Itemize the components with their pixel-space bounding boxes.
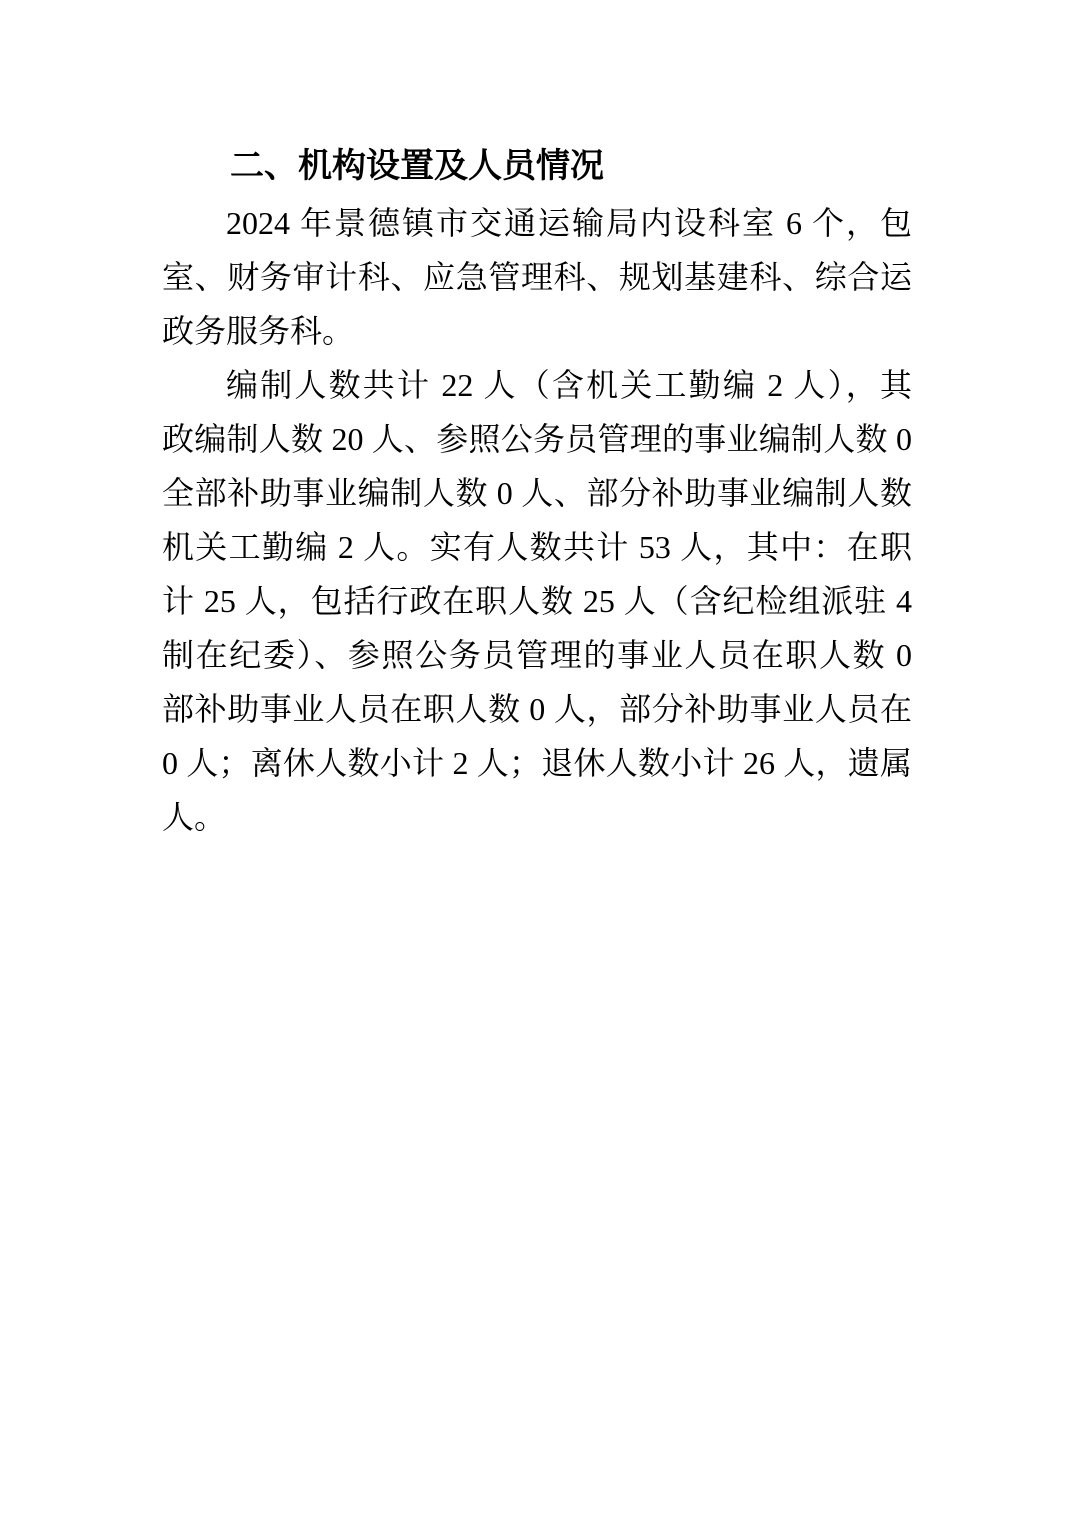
paragraph-line: 0 人；离休人数小计 2 人；退休人数小计 26 人，遗属人数 0 — [162, 736, 912, 790]
document-content: 二、机构设置及人员情况 2024 年景德镇市交通运输局内设科室 6 个，包括：办… — [162, 138, 912, 844]
paragraph-line: 制在纪委）、参照公务员管理的事业人员在职人数 0 人、全 — [162, 628, 912, 682]
paragraph-line: 2024 年景德镇市交通运输局内设科室 6 个，包括：办公 — [162, 196, 912, 250]
paragraph-org-structure: 2024 年景德镇市交通运输局内设科室 6 个，包括：办公 室、财务审计科、应急… — [162, 196, 912, 358]
paragraph-personnel: 编制人数共计 22 人（含机关工勤编 2 人），其中：行 政编制人数 20 人、… — [162, 358, 912, 844]
paragraph-line: 全部补助事业编制人数 0 人、部分补助事业编制人数 0 人、 — [162, 466, 912, 520]
paragraph-line: 部补助事业人员在职人数 0 人，部分补助事业人员在职人数 — [162, 682, 912, 736]
paragraph-line: 编制人数共计 22 人（含机关工勤编 2 人），其中：行 — [162, 358, 912, 412]
paragraph-line: 室、财务审计科、应急管理科、规划基建科、综合运输科、 — [162, 250, 912, 304]
paragraph-line: 政务服务科。 — [162, 304, 912, 358]
section-heading: 二、机构设置及人员情况 — [162, 138, 912, 194]
paragraph-line: 人。 — [162, 790, 912, 844]
paragraph-line: 政编制人数 20 人、参照公务员管理的事业编制人数 0 人、 — [162, 412, 912, 466]
document-page: 二、机构设置及人员情况 2024 年景德镇市交通运输局内设科室 6 个，包括：办… — [0, 0, 1074, 1520]
paragraph-line: 计 25 人，包括行政在职人数 25 人（含纪检组派驻 4 人，编 — [162, 574, 912, 628]
paragraph-line: 机关工勤编 2 人。实有人数共计 53 人，其中：在职人数小 — [162, 520, 912, 574]
